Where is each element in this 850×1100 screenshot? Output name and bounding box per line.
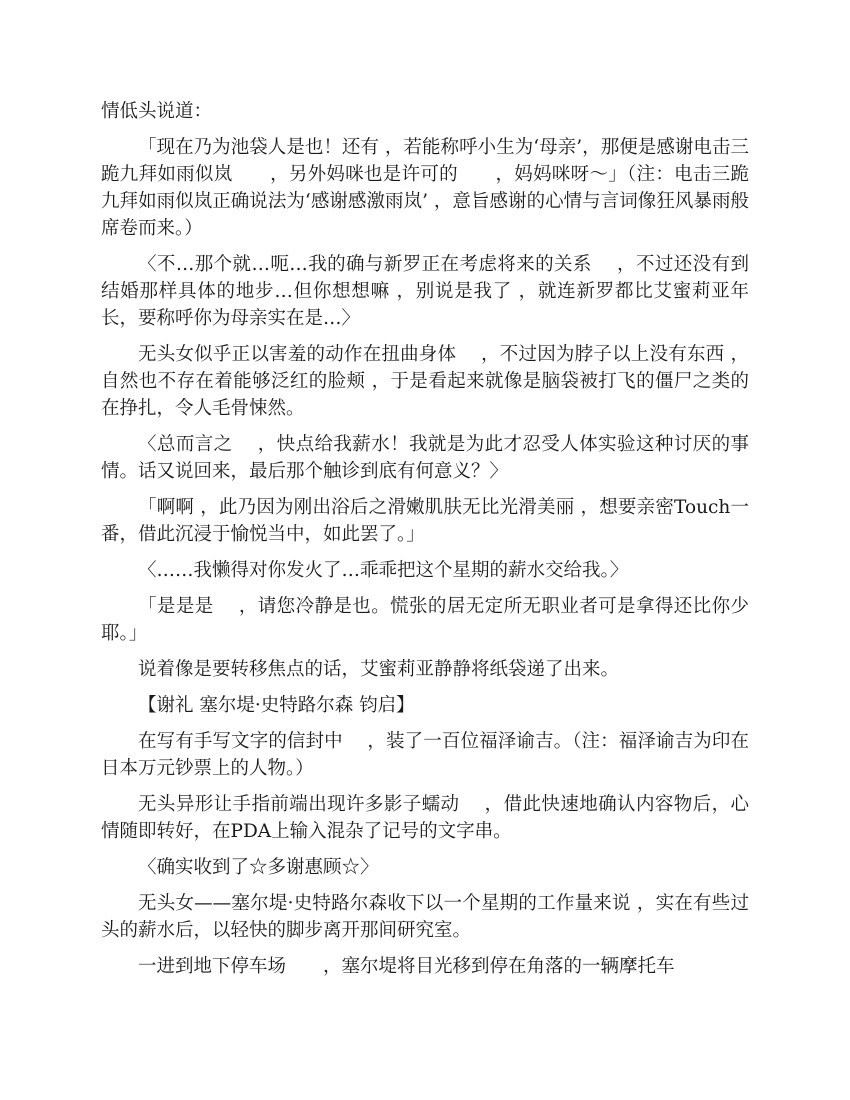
paragraph: 无头女似乎正以害羞的动作在扭曲身体 ，不过因为脖子以上没有东西 ，自然也不存在着…	[101, 341, 749, 422]
paragraph: 无头女——塞尔堤·史特路尔森收下以一个星期的工作量来说 ，实在有些过头的薪水后，…	[101, 890, 749, 944]
paragraph: 「是是是 ，请您冷静是也。慌张的居无定所无职业者可是拿得还比你少耶。」	[101, 593, 749, 647]
paragraph: 〈总而言之 ，快点给我薪水！我就是为此才忍受人体实验这种讨厌的事情。话又说回来，…	[101, 431, 749, 485]
paragraph: 无头异形让手指前端出现许多影子蠕动 ，借此快速地确认内容物后，心情随即转好，在P…	[101, 791, 749, 845]
paragraph: 「现在乃为池袋人是也！还有 ，若能称呼小生为‘母亲’，那便是感谢电击三跪九拜如雨…	[101, 134, 749, 242]
paragraph: 在写有手写文字的信封中 ，装了一百位福泽谕吉。（注：福泽谕吉为印在日本万元钞票上…	[101, 728, 749, 782]
paragraph: 〈不…那个就…呃…我的确与新罗正在考虑将来的关系 ，不过还没有到结婚那样具体的地…	[101, 251, 749, 332]
document-page: 情低头说道： 「现在乃为池袋人是也！还有 ，若能称呼小生为‘母亲’，那便是感谢电…	[101, 98, 749, 980]
paragraph: 情低头说道：	[101, 98, 749, 125]
paragraph: 「啊啊 ，此乃因为刚出浴后之滑嫩肌肤无比光滑美丽 ，想要亲密Touch一番，借此…	[101, 494, 749, 548]
paragraph: 〈确实收到了☆多谢惠顾☆〉	[101, 854, 749, 881]
paragraph: 〈……我懒得对你发火了…乖乖把这个星期的薪水交给我。〉	[101, 557, 749, 584]
paragraph: 说着像是要转移焦点的话，艾蜜莉亚静静将纸袋递了出来。	[101, 656, 749, 683]
paragraph-heading-envelope: 【谢礼 塞尔堤·史特路尔森 钧启】	[101, 692, 749, 719]
paragraph: 一进到地下停车场 ，塞尔堤将目光移到停在角落的一辆摩托车	[101, 953, 749, 980]
